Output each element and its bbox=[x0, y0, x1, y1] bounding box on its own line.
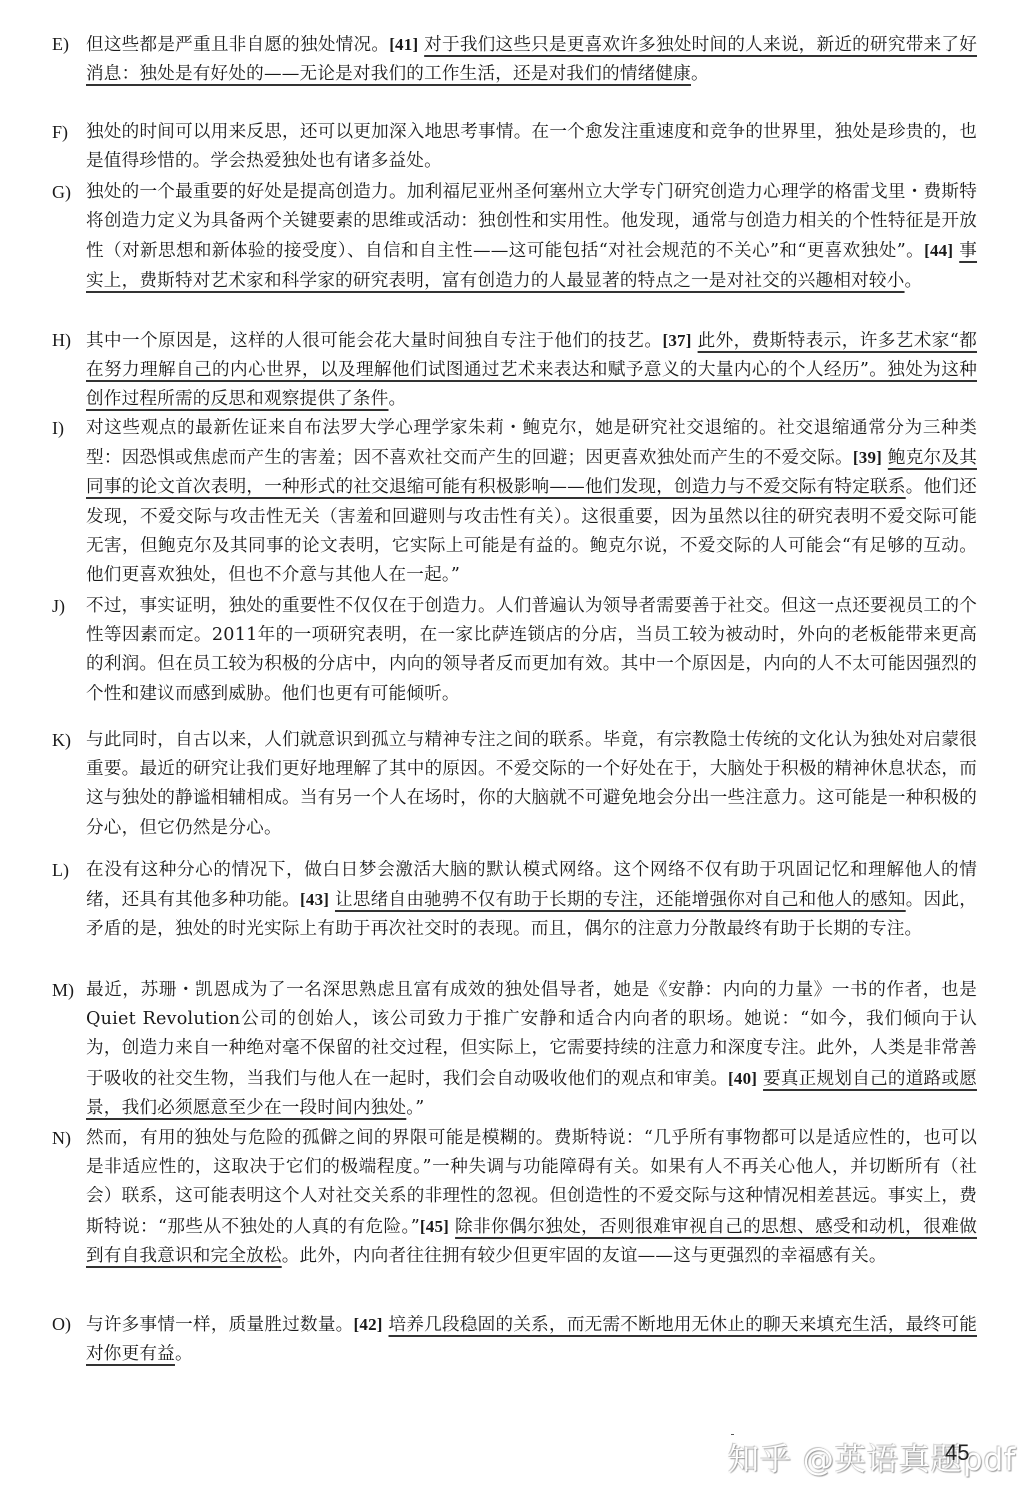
paragraph-g: G) 独处的一个最重要的好处是提高创造力。加利福尼亚州圣何塞州立大学专门研究创造… bbox=[52, 178, 977, 296]
paragraph-f: F) 独处的时间可以用来反思，还可以更加深入地思考事情。在一个愈发注重速度和竞争… bbox=[52, 118, 977, 176]
paragraph-body: 不过，事实证明，独处的重要性不仅仅在于创造力。人们普遍认为领导者需要善于社交。但… bbox=[86, 592, 977, 709]
text-segment: 对这些观点的最新佐证来自布法罗大学心理学家朱莉・鲍克尔，她是研究社交退缩的。社交… bbox=[86, 418, 977, 468]
paragraph-body: 最近，苏珊・凯恩成为了一名深思熟虑且富有成效的独处倡导者，她是《安静：内向的力量… bbox=[86, 976, 977, 1123]
paragraph-body: 独处的一个最重要的好处是提高创造力。加利福尼亚州圣何塞州立大学专门研究创造力心理… bbox=[86, 178, 977, 296]
paragraph-label: N) bbox=[52, 1124, 86, 1153]
paragraph-n: N) 然而，有用的独处与危险的孤僻之间的界限可能是模糊的。费斯特说：“几乎所有事… bbox=[52, 1124, 977, 1271]
paragraph-body: 与许多事情一样，质量胜过数量。[42] 培养几段稳固的关系，而无需不断地用无休止… bbox=[86, 1310, 977, 1369]
paragraph-label: K) bbox=[52, 726, 86, 755]
question-number: [40] bbox=[728, 1069, 757, 1088]
paragraph-o: O) 与许多事情一样，质量胜过数量。[42] 培养几段稳固的关系，而无需不断地用… bbox=[52, 1310, 977, 1369]
question-number: [43] bbox=[300, 890, 329, 909]
text-segment: 独处的一个最重要的好处是提高创造力。加利福尼亚州圣何塞州立大学专门研究创造力心理… bbox=[86, 182, 977, 261]
text-segment: 。” bbox=[406, 1098, 424, 1118]
text-segment: 其中一个原因是，这样的人很可能会花大量时间独自专注于他们的技艺。 bbox=[86, 331, 662, 351]
text-segment: 。 bbox=[389, 389, 407, 409]
paragraph-label: H) bbox=[52, 326, 86, 355]
paragraph-body: 但这些都是严重且非自愿的独处情况。[41] 对于我们这些只是更喜欢许多独处时间的… bbox=[86, 30, 977, 89]
question-number: [41] bbox=[389, 35, 418, 54]
question-number: [45] bbox=[420, 1217, 449, 1236]
paragraph-body: 对这些观点的最新佐证来自布法罗大学心理学家朱莉・鲍克尔，她是研究社交退缩的。社交… bbox=[86, 414, 977, 590]
paragraph-label: J) bbox=[52, 592, 86, 621]
text-segment: 。 bbox=[175, 1344, 193, 1364]
paragraph-body: 然而，有用的独处与危险的孤僻之间的界限可能是模糊的。费斯特说：“几乎所有事物都可… bbox=[86, 1124, 977, 1271]
paragraph-i: I) 对这些观点的最新佐证来自布法罗大学心理学家朱莉・鲍克尔，她是研究社交退缩的… bbox=[52, 414, 977, 590]
question-number: [37] bbox=[662, 331, 691, 350]
text-segment: 但这些都是严重且非自愿的独处情况。 bbox=[86, 35, 389, 55]
paragraph-body: 其中一个原因是，这样的人很可能会花大量时间独自专注于他们的技艺。[37] 此外，… bbox=[86, 326, 977, 415]
paragraph-label: O) bbox=[52, 1310, 86, 1339]
paragraph-e: E) 但这些都是严重且非自愿的独处情况。[41] 对于我们这些只是更喜欢许多独处… bbox=[52, 30, 977, 89]
question-number: [39] bbox=[853, 448, 882, 467]
question-number: [44] bbox=[924, 241, 953, 260]
paragraph-label: E) bbox=[52, 30, 86, 59]
paragraph-m: M) 最近，苏珊・凯恩成为了一名深思熟虑且富有成效的独处倡导者，她是《安静：内向… bbox=[52, 976, 977, 1123]
text-segment: 与许多事情一样，质量胜过数量。 bbox=[86, 1315, 354, 1335]
page-number: 45 bbox=[945, 1440, 969, 1466]
paragraph-j: J) 不过，事实证明，独处的重要性不仅仅在于创造力。人们普遍认为领导者需要善于社… bbox=[52, 592, 977, 709]
paragraph-body: 独处的时间可以用来反思，还可以更加深入地思考事情。在一个愈发注重速度和竞争的世界… bbox=[86, 118, 977, 176]
footer-watermark: 知乎 @英语真题pdf bbox=[728, 1436, 1016, 1476]
paragraph-label: G) bbox=[52, 178, 86, 207]
text-segment: 独处的时间可以用来反思，还可以更加深入地思考事情。在一个愈发注重速度和竞争的世界… bbox=[86, 122, 977, 171]
underlined-answer-text: 让思绪自由驰骋不仅有助于长期的专注，还能增强你对自己和他人的感知 bbox=[335, 890, 906, 910]
document-page: E) 但这些都是严重且非自愿的独处情况。[41] 对于我们这些只是更喜欢许多独处… bbox=[0, 0, 1031, 1505]
question-number: [42] bbox=[354, 1315, 383, 1334]
paragraph-k: K) 与此同时，自古以来，人们就意识到孤立与精神专注之间的联系。毕竟，有宗教隐士… bbox=[52, 726, 977, 843]
paragraph-label: L) bbox=[52, 856, 86, 885]
watermark-text: 知乎 @英语真题pdf bbox=[728, 1434, 1016, 1479]
text-segment: 。 bbox=[691, 64, 709, 84]
paragraph-l: L) 在没有这种分心的情况下，做白日梦会激活大脑的默认模式网络。这个网络不仅有助… bbox=[52, 856, 977, 945]
paragraph-h: H) 其中一个原因是，这样的人很可能会花大量时间独自专注于他们的技艺。[37] … bbox=[52, 326, 977, 415]
text-segment: 与此同时，自古以来，人们就意识到孤立与精神专注之间的联系。毕竟，有宗教隐士传统的… bbox=[86, 730, 977, 838]
paragraph-label: F) bbox=[52, 118, 86, 147]
paragraph-label: M) bbox=[52, 976, 86, 1005]
paragraph-body: 在没有这种分心的情况下，做白日梦会激活大脑的默认模式网络。这个网络不仅有助于巩固… bbox=[86, 856, 977, 945]
paragraph-label: I) bbox=[52, 414, 86, 443]
text-segment: 不过，事实证明，独处的重要性不仅仅在于创造力。人们普遍认为领导者需要善于社交。但… bbox=[86, 596, 977, 704]
paragraph-body: 与此同时，自古以来，人们就意识到孤立与精神专注之间的联系。毕竟，有宗教隐士传统的… bbox=[86, 726, 977, 843]
text-segment: 。此外，内向者往往拥有较少但更牢固的友谊——这与更强烈的幸福感有关。 bbox=[282, 1246, 887, 1266]
text-segment: 。 bbox=[905, 271, 923, 291]
